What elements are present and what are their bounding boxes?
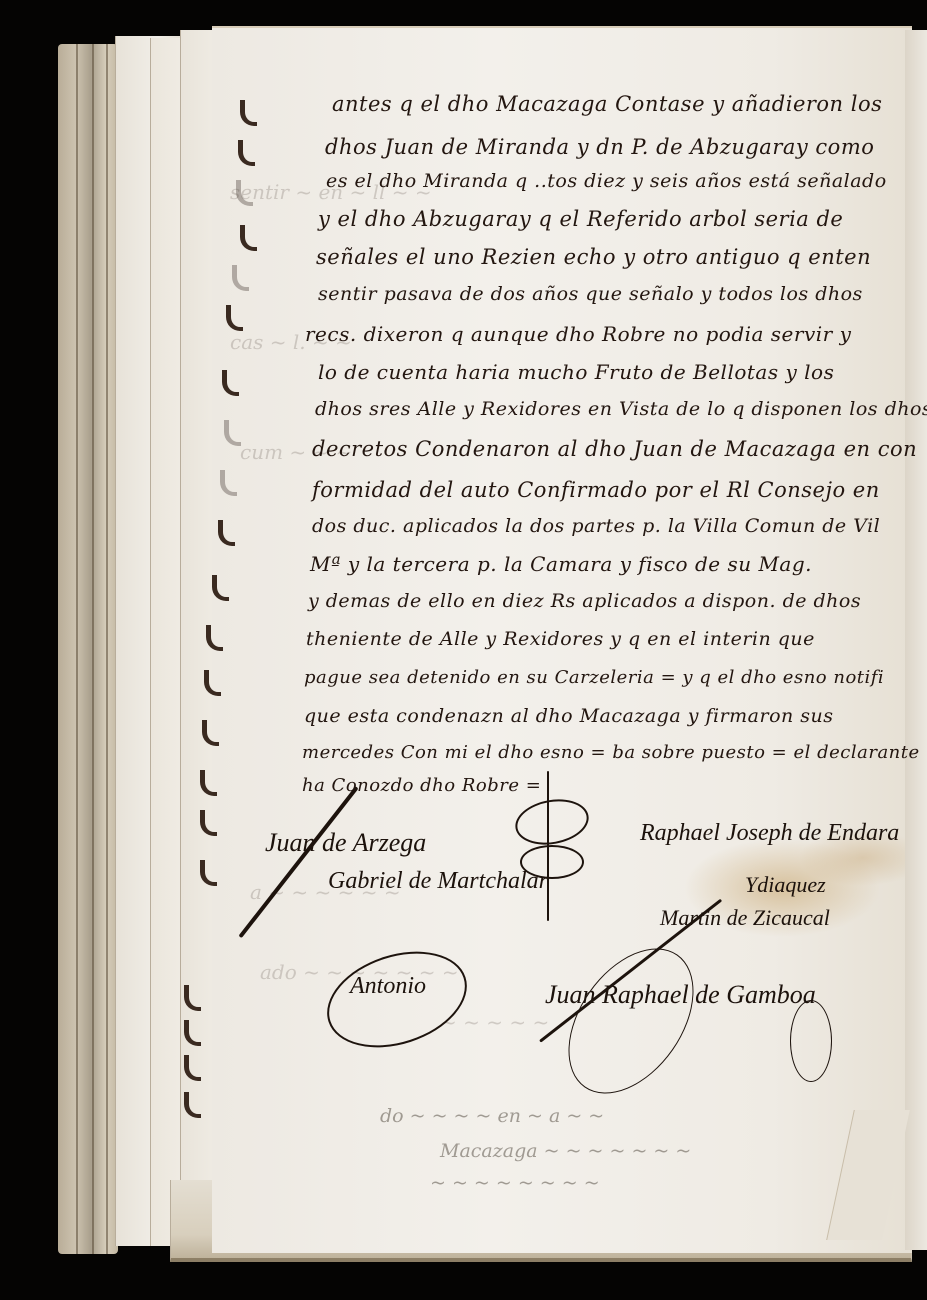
pen-stroke (547, 771, 549, 921)
text-line: señales el uno Rezien echo y otro antigu… (316, 245, 871, 269)
rubric-flourish (790, 1000, 832, 1082)
signature: Ydiaquez (745, 872, 826, 898)
signature: Raphael Joseph de Endara (640, 820, 899, 847)
text-line: dos duc. aplicados la dos partes p. la V… (312, 515, 880, 537)
text-line: dhos sres Alle y Rexidores en Vista de l… (315, 398, 927, 420)
text-line: Mª y la tercera p. la Camara y fisco de … (310, 552, 812, 576)
text-line: theniente de Alle y Rexidores y q en el … (306, 628, 815, 650)
text-line: mercedes Con mi el dho esno = ba sobre p… (302, 742, 920, 763)
text-line: antes q el dho Macazaga Contase y añadie… (332, 92, 882, 116)
crease (106, 44, 108, 1254)
text-line: que esta condenazn al dho Macazaga y fir… (304, 705, 834, 727)
text-line: y el dho Abzugaray q el Referido arbol s… (318, 207, 843, 231)
text-line: pague sea detenido en su Carzeleria = y … (304, 667, 884, 688)
text-line: y demas de ello en diez Rs aplicados a d… (308, 590, 861, 612)
text-line: lo de cuenta haria mucho Fruto de Bellot… (318, 360, 834, 384)
crease (76, 44, 78, 1254)
text-line: sentir pasava de dos años que señalo y t… (318, 283, 863, 305)
signature: Juan de Arzega (265, 828, 426, 858)
crease (92, 44, 94, 1254)
text-line: decretos Condenaron al dho Juan de Macaz… (312, 437, 917, 461)
signature: Gabriel de Martchalar (328, 868, 548, 895)
text-line: recs. dixeron q aunque dho Robre no podi… (305, 322, 851, 346)
text-line: ha Conozdo dho Robre = (302, 775, 541, 796)
folded-page-stack (58, 44, 118, 1254)
text-line: es el dho Miranda q ..tos diez y seis añ… (326, 170, 887, 192)
rubric-flourish (520, 845, 584, 879)
text-line: dhos Juan de Miranda y dn P. de Abzugara… (325, 135, 874, 159)
text-line: formidad del auto Confirmado por el Rl C… (312, 478, 880, 502)
adjacent-page-edge (905, 30, 927, 1250)
bleed-through: ~ ~ ~ ~ ~ (440, 1010, 549, 1034)
